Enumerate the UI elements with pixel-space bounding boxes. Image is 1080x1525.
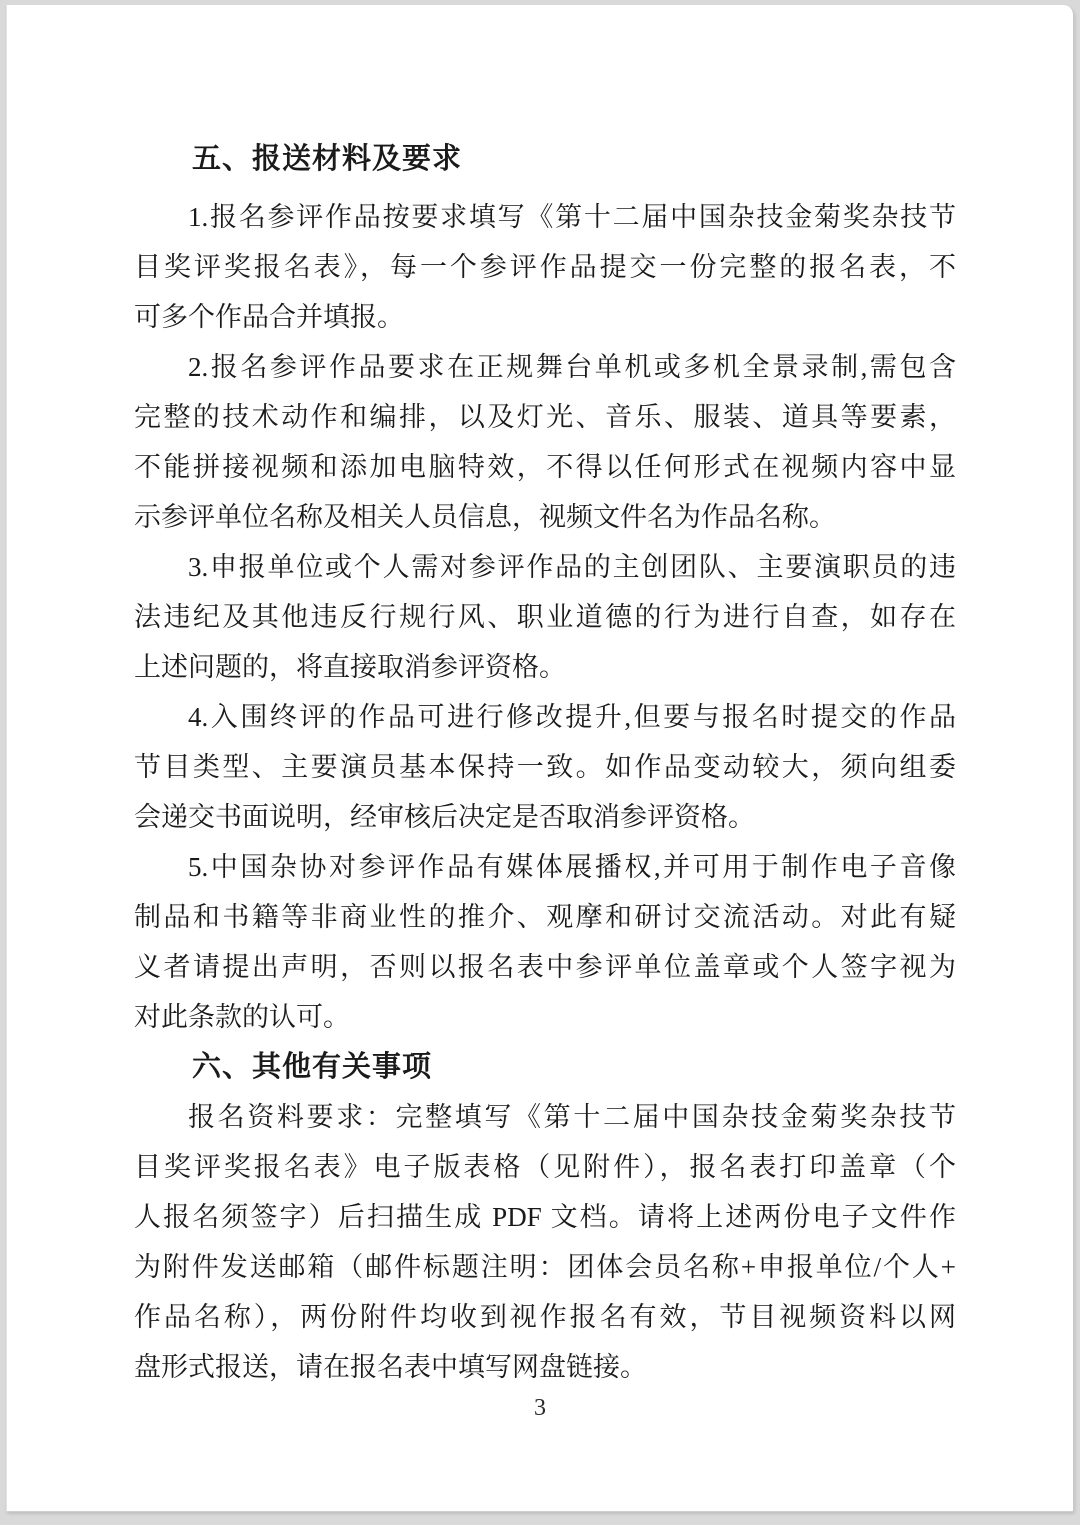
paragraph-2-line: 示参评单位名称及相关人员信息，视频文件名为作品名称。 (134, 492, 956, 542)
paragraph-2-line: 2.报名参评作品要求在正规舞台单机或多机全景录制,需包含 (134, 342, 956, 392)
section-heading-6-other-matters: 六、其他有关事项 (134, 1042, 956, 1092)
paragraph-5-line: 5.中国杂协对参评作品有媒体展播权,并可用于制作电子音像 (134, 842, 956, 892)
paragraph-5-line: 对此条款的认可。 (134, 992, 956, 1042)
scanned-document-page: 五、报送材料及要求 1.报名参评作品按要求填写《第十二届中国杂技金菊奖杂技节 目… (6, 5, 1074, 1512)
paragraph-4-line: 4.入围终评的作品可进行修改提升,但要与报名时提交的作品 (134, 692, 956, 742)
paragraph-6-line: 为附件发送邮箱（邮件标题注明：团体会员名称+申报单位/个人+ (134, 1242, 956, 1292)
paragraph-4-line: 节目类型、主要演员基本保持一致。如作品变动较大，须向组委 (134, 742, 956, 792)
paragraph-3-line: 上述问题的，将直接取消参评资格。 (134, 642, 956, 692)
paragraph-3-line: 3.申报单位或个人需对参评作品的主创团队、主要演职员的违 (134, 542, 956, 592)
paragraph-6-line: 报名资料要求：完整填写《第十二届中国杂技金菊奖杂技节 (134, 1092, 956, 1142)
paragraph-1-line: 目奖评奖报名表》，每一个参评作品提交一份完整的报名表，不 (134, 242, 956, 292)
paragraph-6-line: 盘形式报送，请在报名表中填写网盘链接。 (134, 1342, 956, 1392)
paragraph-6-line: 人报名须签字）后扫描生成 PDF 文档。请将上述两份电子文件作 (134, 1192, 956, 1242)
paragraph-3-line: 法违纪及其他违反行规行风、职业道德的行为进行自查，如存在 (134, 592, 956, 642)
paragraph-1-line: 1.报名参评作品按要求填写《第十二届中国杂技金菊奖杂技节 (134, 192, 956, 242)
paragraph-4-line: 会递交书面说明，经审核后决定是否取消参评资格。 (134, 792, 956, 842)
paragraph-5-line: 义者请提出声明，否则以报名表中参评单位盖章或个人签字视为 (134, 942, 956, 992)
document-body: 五、报送材料及要求 1.报名参评作品按要求填写《第十二届中国杂技金菊奖杂技节 目… (134, 134, 956, 1392)
paragraph-2-line: 完整的技术动作和编排，以及灯光、音乐、服装、道具等要素， (134, 392, 956, 442)
section-heading-5-materials: 五、报送材料及要求 (134, 134, 956, 184)
paragraph-6-line: 作品名称），两份附件均收到视作报名有效，节目视频资料以网 (134, 1292, 956, 1342)
paragraph-1-line: 可多个作品合并填报。 (134, 292, 956, 342)
paragraph-2-line: 不能拼接视频和添加电脑特效，不得以任何形式在视频内容中显 (134, 442, 956, 492)
paragraph-5-line: 制品和书籍等非商业性的推介、观摩和研讨交流活动。对此有疑 (134, 892, 956, 942)
paragraph-6-line: 目奖评奖报名表》电子版表格（见附件），报名表打印盖章（个 (134, 1142, 956, 1192)
page-number: 3 (7, 1395, 1073, 1422)
